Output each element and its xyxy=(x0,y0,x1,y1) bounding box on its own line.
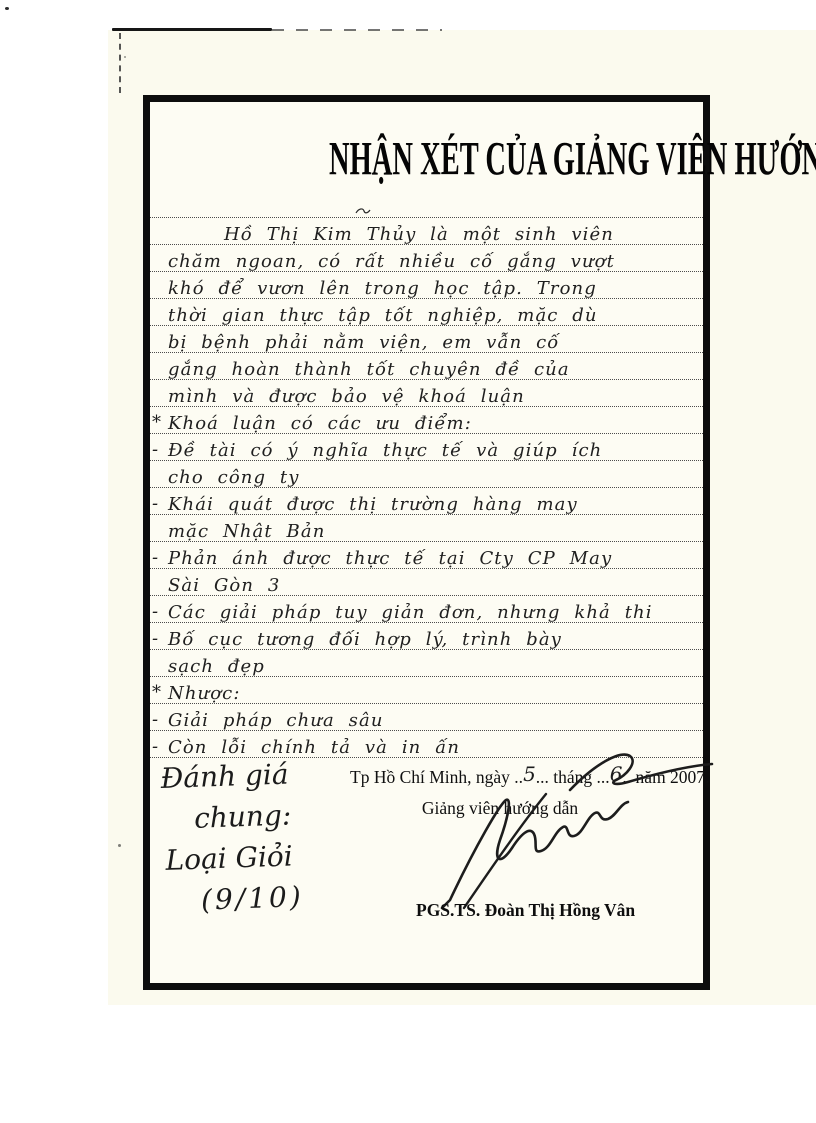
list-bullet: * xyxy=(150,684,168,702)
signer-name: PGS.TS. Đoàn Thị Hồng Vân xyxy=(416,900,635,921)
handwritten-line: Hồ Thị Kim Thủy là một sinh viên xyxy=(150,218,703,245)
handwritten-line: gắng hoàn thành tốt chuyên đề của xyxy=(150,353,703,380)
handwritten-line: -Giải pháp chưa sâu xyxy=(150,704,703,731)
handwritten-line: thời gian thực tập tốt nghiệp, mặc dù xyxy=(150,299,703,326)
handwritten-text: Nhược: xyxy=(168,684,241,704)
signature xyxy=(420,742,720,912)
handwritten-text: chăm ngoan, có rất nhiều cố gắng vượt xyxy=(168,252,615,272)
handwritten-text: thời gian thực tập tốt nghiệp, mặc dù xyxy=(168,306,598,326)
ruled-line-empty xyxy=(150,191,703,218)
handwritten-line: khó để vươn lên trong học tập. Trong xyxy=(150,272,703,299)
page-title: NHẬN XÉT CỦA GIẢNG VIÊN HƯỚNG DẪN xyxy=(329,135,816,183)
scan-speck xyxy=(118,844,121,847)
list-bullet: - xyxy=(150,711,168,729)
list-bullet: - xyxy=(150,549,168,567)
handwritten-text: bị bệnh phải nằm viện, em vẫn cố xyxy=(168,333,559,353)
handwritten-text: Đề tài có ý nghĩa thực tế và giúp ích xyxy=(168,441,602,461)
overall-line: chung: xyxy=(193,794,301,839)
handwritten-text: Sài Gòn 3 xyxy=(168,576,280,596)
pen-mark xyxy=(355,207,371,215)
handwritten-text: Các giải pháp tuy giản đơn, nhưng khả th… xyxy=(168,603,653,623)
scan-edge-artifact-dashes xyxy=(272,29,442,31)
handwritten-line: -Phản ánh được thực tế tại Cty CP May xyxy=(150,542,703,569)
handwritten-text: Phản ánh được thực tế tại Cty CP May xyxy=(168,549,612,569)
handwritten-line: mặc Nhật Bản xyxy=(150,515,703,542)
handwritten-line: Sài Gòn 3 xyxy=(150,569,703,596)
scan-edge-artifact xyxy=(112,28,272,31)
handwritten-text: mình và được bảo vệ khoá luận xyxy=(168,387,525,407)
handwritten-text: Giải pháp chưa sâu xyxy=(168,711,384,731)
handwritten-text: khó để vươn lên trong học tập. Trong xyxy=(168,279,597,299)
handwritten-text: cho công ty xyxy=(168,468,300,488)
scan-speck xyxy=(124,56,126,58)
list-bullet: - xyxy=(150,630,168,648)
handwritten-line: -Các giải pháp tuy giản đơn, nhưng khả t… xyxy=(150,596,703,623)
title-band: NHẬN XÉT CỦA GIẢNG VIÊN HƯỚNG DẪN xyxy=(150,136,703,182)
handwritten-line: *Nhược: xyxy=(150,677,703,704)
handwritten-text: Còn lỗi chính tả và in ấn xyxy=(168,738,460,758)
handwritten-line: bị bệnh phải nằm viện, em vẫn cố xyxy=(150,326,703,353)
list-bullet: - xyxy=(150,441,168,459)
handwritten-line: -Bố cục tương đối hợp lý, trình bày xyxy=(150,623,703,650)
handwritten-line: mình và được bảo vệ khoá luận xyxy=(150,380,703,407)
handwritten-line: chăm ngoan, có rất nhiều cố gắng vượt xyxy=(150,245,703,272)
handwritten-text: Bố cục tương đối hợp lý, trình bày xyxy=(168,630,562,650)
handwritten-line: -Khái quát được thị trường hàng may xyxy=(150,488,703,515)
overall-assessment-note: Đánh giá chung: Loại Giỏi (9/10) xyxy=(160,753,304,922)
handwritten-line: *Khoá luận có các ưu điểm: xyxy=(150,407,703,434)
overall-line: Đánh giá xyxy=(160,753,300,799)
handwritten-text: Khái quát được thị trường hàng may xyxy=(168,495,578,515)
handwritten-line: sạch đẹp xyxy=(150,650,703,677)
list-bullet: - xyxy=(150,738,168,756)
handwritten-text: Hồ Thị Kim Thủy là một sinh viên xyxy=(168,225,614,245)
comment-box-frame: NHẬN XÉT CỦA GIẢNG VIÊN HƯỚNG DẪN Hồ Thị… xyxy=(143,95,710,990)
handwritten-line: -Đề tài có ý nghĩa thực tế và giúp ích xyxy=(150,434,703,461)
overall-score: (9/10) xyxy=(200,876,304,921)
overall-grade: Loại Giỏi xyxy=(165,835,303,881)
handwritten-text: gắng hoàn thành tốt chuyên đề của xyxy=(168,360,570,380)
ruled-lines: Hồ Thị Kim Thủy là một sinh viên chăm ng… xyxy=(150,191,703,758)
handwritten-text: Khoá luận có các ưu điểm: xyxy=(168,414,472,434)
scan-speck xyxy=(5,7,9,10)
comment-box-content: NHẬN XÉT CỦA GIẢNG VIÊN HƯỚNG DẪN Hồ Thị… xyxy=(150,102,703,983)
list-bullet: - xyxy=(150,495,168,513)
scan-edge-artifact-vertical xyxy=(119,33,121,93)
list-bullet: - xyxy=(150,603,168,621)
handwritten-line: cho công ty xyxy=(150,461,703,488)
handwritten-text: sạch đẹp xyxy=(168,657,265,677)
list-bullet: * xyxy=(150,414,168,432)
handwritten-text: mặc Nhật Bản xyxy=(168,522,325,542)
